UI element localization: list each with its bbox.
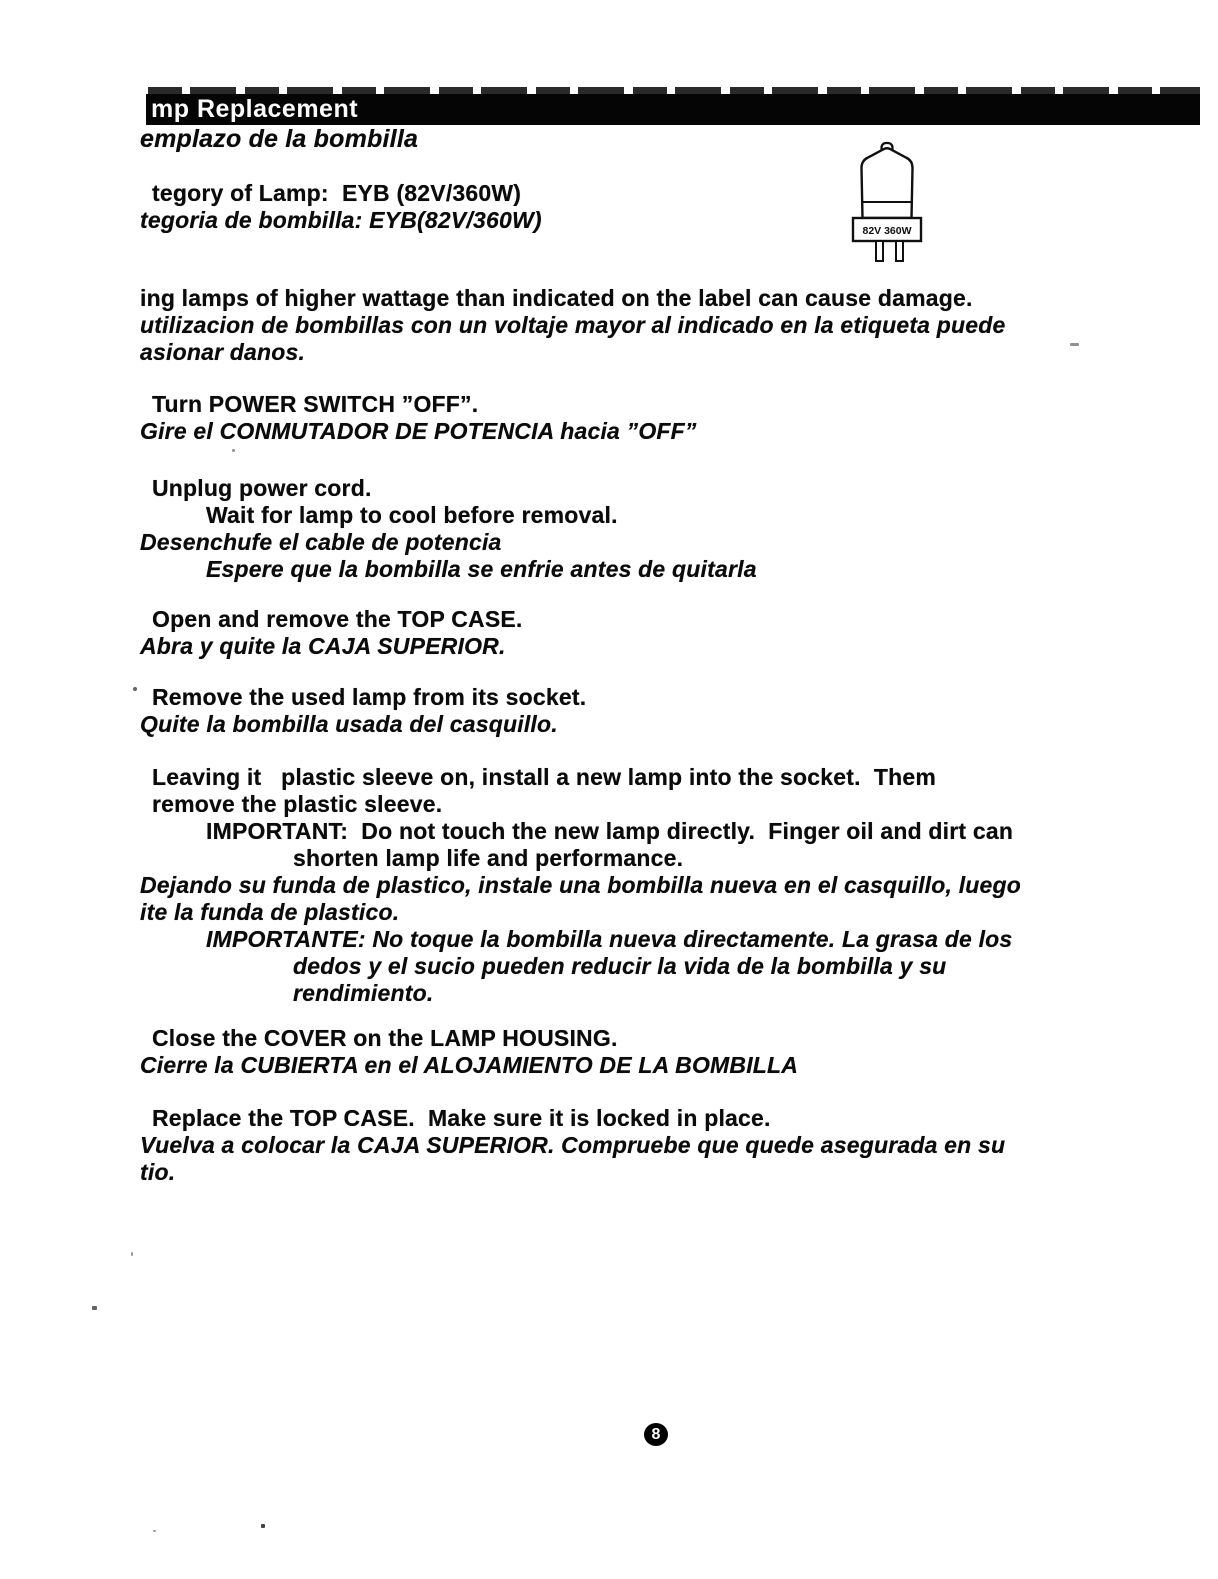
lamp-pin-right (896, 241, 903, 261)
scan-speck (1070, 343, 1079, 346)
step-important-note-es: IMPORTANTE: No toque la bombilla nueva d… (0, 926, 1218, 953)
step-line-es: Cierre la CUBIERTA en el ALOJAMIENTO DE … (0, 1052, 1218, 1079)
step-line-es: Desenchufe el cable de potencia (0, 529, 1218, 556)
step-line-en: Turn POWER SWITCH ”OFF”. (0, 391, 1218, 418)
step-line-en: Replace the TOP CASE. Make sure it is lo… (0, 1105, 1218, 1132)
scan-speck (232, 449, 235, 452)
category-line-es: tegoria de bombilla: EYB(82V/360W) (0, 207, 1218, 234)
category-line-en: tegory of Lamp: EYB (82V/360W) (0, 180, 1218, 207)
step-important-note-en: shorten lamp life and performance. (0, 845, 1218, 872)
step-line-en: Open and remove the TOP CASE. (0, 606, 1218, 633)
lamp-category-block: tegory of Lamp: EYB (82V/360W) tegoria d… (0, 180, 1218, 234)
step-unplug-cord: Unplug power cord. Wait for lamp to cool… (0, 475, 1218, 583)
wattage-warning-block: ing lamps of higher wattage than indicat… (0, 285, 1218, 366)
step-line-en: Close the COVER on the LAMP HOUSING. (0, 1025, 1218, 1052)
step-line-es: Gire el CONMUTADOR DE POTENCIA hacia ”OF… (0, 418, 1218, 445)
warning-line-en: ing lamps of higher wattage than indicat… (0, 285, 1218, 312)
page-subtitle-es: emplazo de la bombilla (0, 126, 1218, 153)
step-line-es: tio. (0, 1159, 1218, 1186)
step-line-es: Dejando su funda de plastico, instale un… (0, 872, 1218, 899)
step-close-cover: Close the COVER on the LAMP HOUSING. Cie… (0, 1025, 1218, 1079)
step-line-en: Leaving it plastic sleeve on, install a … (0, 764, 1218, 791)
warning-line-es-2: asionar danos. (0, 339, 1218, 366)
step-power-off: Turn POWER SWITCH ”OFF”. Gire el CONMUTA… (0, 391, 1218, 445)
step-line-es: ite la funda de plastico. (0, 899, 1218, 926)
step-important-note-es: dedos y el sucio pueden reducir la vida … (0, 953, 1218, 980)
step-line-en: Remove the used lamp from its socket. (0, 684, 1218, 711)
step-line-es: Abra y quite la CAJA SUPERIOR. (0, 633, 1218, 660)
step-replace-top-case: Replace the TOP CASE. Make sure it is lo… (0, 1105, 1218, 1186)
step-important-note-es: rendimiento. (0, 980, 1218, 1007)
lamp-pin-left (876, 241, 883, 261)
page-number: 8 (652, 1427, 661, 1443)
step-line-es: Vuelva a colocar la CAJA SUPERIOR. Compr… (0, 1132, 1218, 1159)
step-install-lamp: Leaving it plastic sleeve on, install a … (0, 764, 1218, 1007)
step-remove-top-case: Open and remove the TOP CASE. Abra y qui… (0, 606, 1218, 660)
scan-speck (133, 687, 137, 691)
section-header-bar: mp Replacement (146, 94, 1200, 125)
lamp-rating-label: 82V 360W (862, 225, 911, 237)
step-line-en: Wait for lamp to cool before removal. (0, 502, 1218, 529)
page-number-badge: 8 (644, 1423, 668, 1446)
scan-speck (92, 1306, 97, 1310)
lamp-bulb-body (862, 148, 913, 218)
scan-speck (261, 1524, 265, 1528)
step-important-note-en: IMPORTANT: Do not touch the new lamp dir… (0, 818, 1218, 845)
step-line-en: remove the plastic sleeve. (0, 791, 1218, 818)
step-line-es: Quite la bombilla usada del casquillo. (0, 711, 1218, 738)
scanned-manual-page: mp Replacement emplazo de la bombilla te… (0, 0, 1218, 1579)
scan-speck (153, 1530, 156, 1532)
step-line-en: Unplug power cord. (0, 475, 1218, 502)
lamp-bulb-diagram: 82V 360W (845, 140, 937, 264)
scan-speck (131, 1252, 133, 1256)
warning-line-es-1: utilizacion de bombillas con un voltaje … (0, 312, 1218, 339)
step-remove-lamp: Remove the used lamp from its socket. Qu… (0, 684, 1218, 738)
body-text-column: emplazo de la bombilla tegory of Lamp: E… (0, 126, 1218, 1186)
step-line-es: Espere que la bombilla se enfrie antes d… (0, 556, 1218, 583)
page-title: mp Replacement (146, 94, 1200, 125)
